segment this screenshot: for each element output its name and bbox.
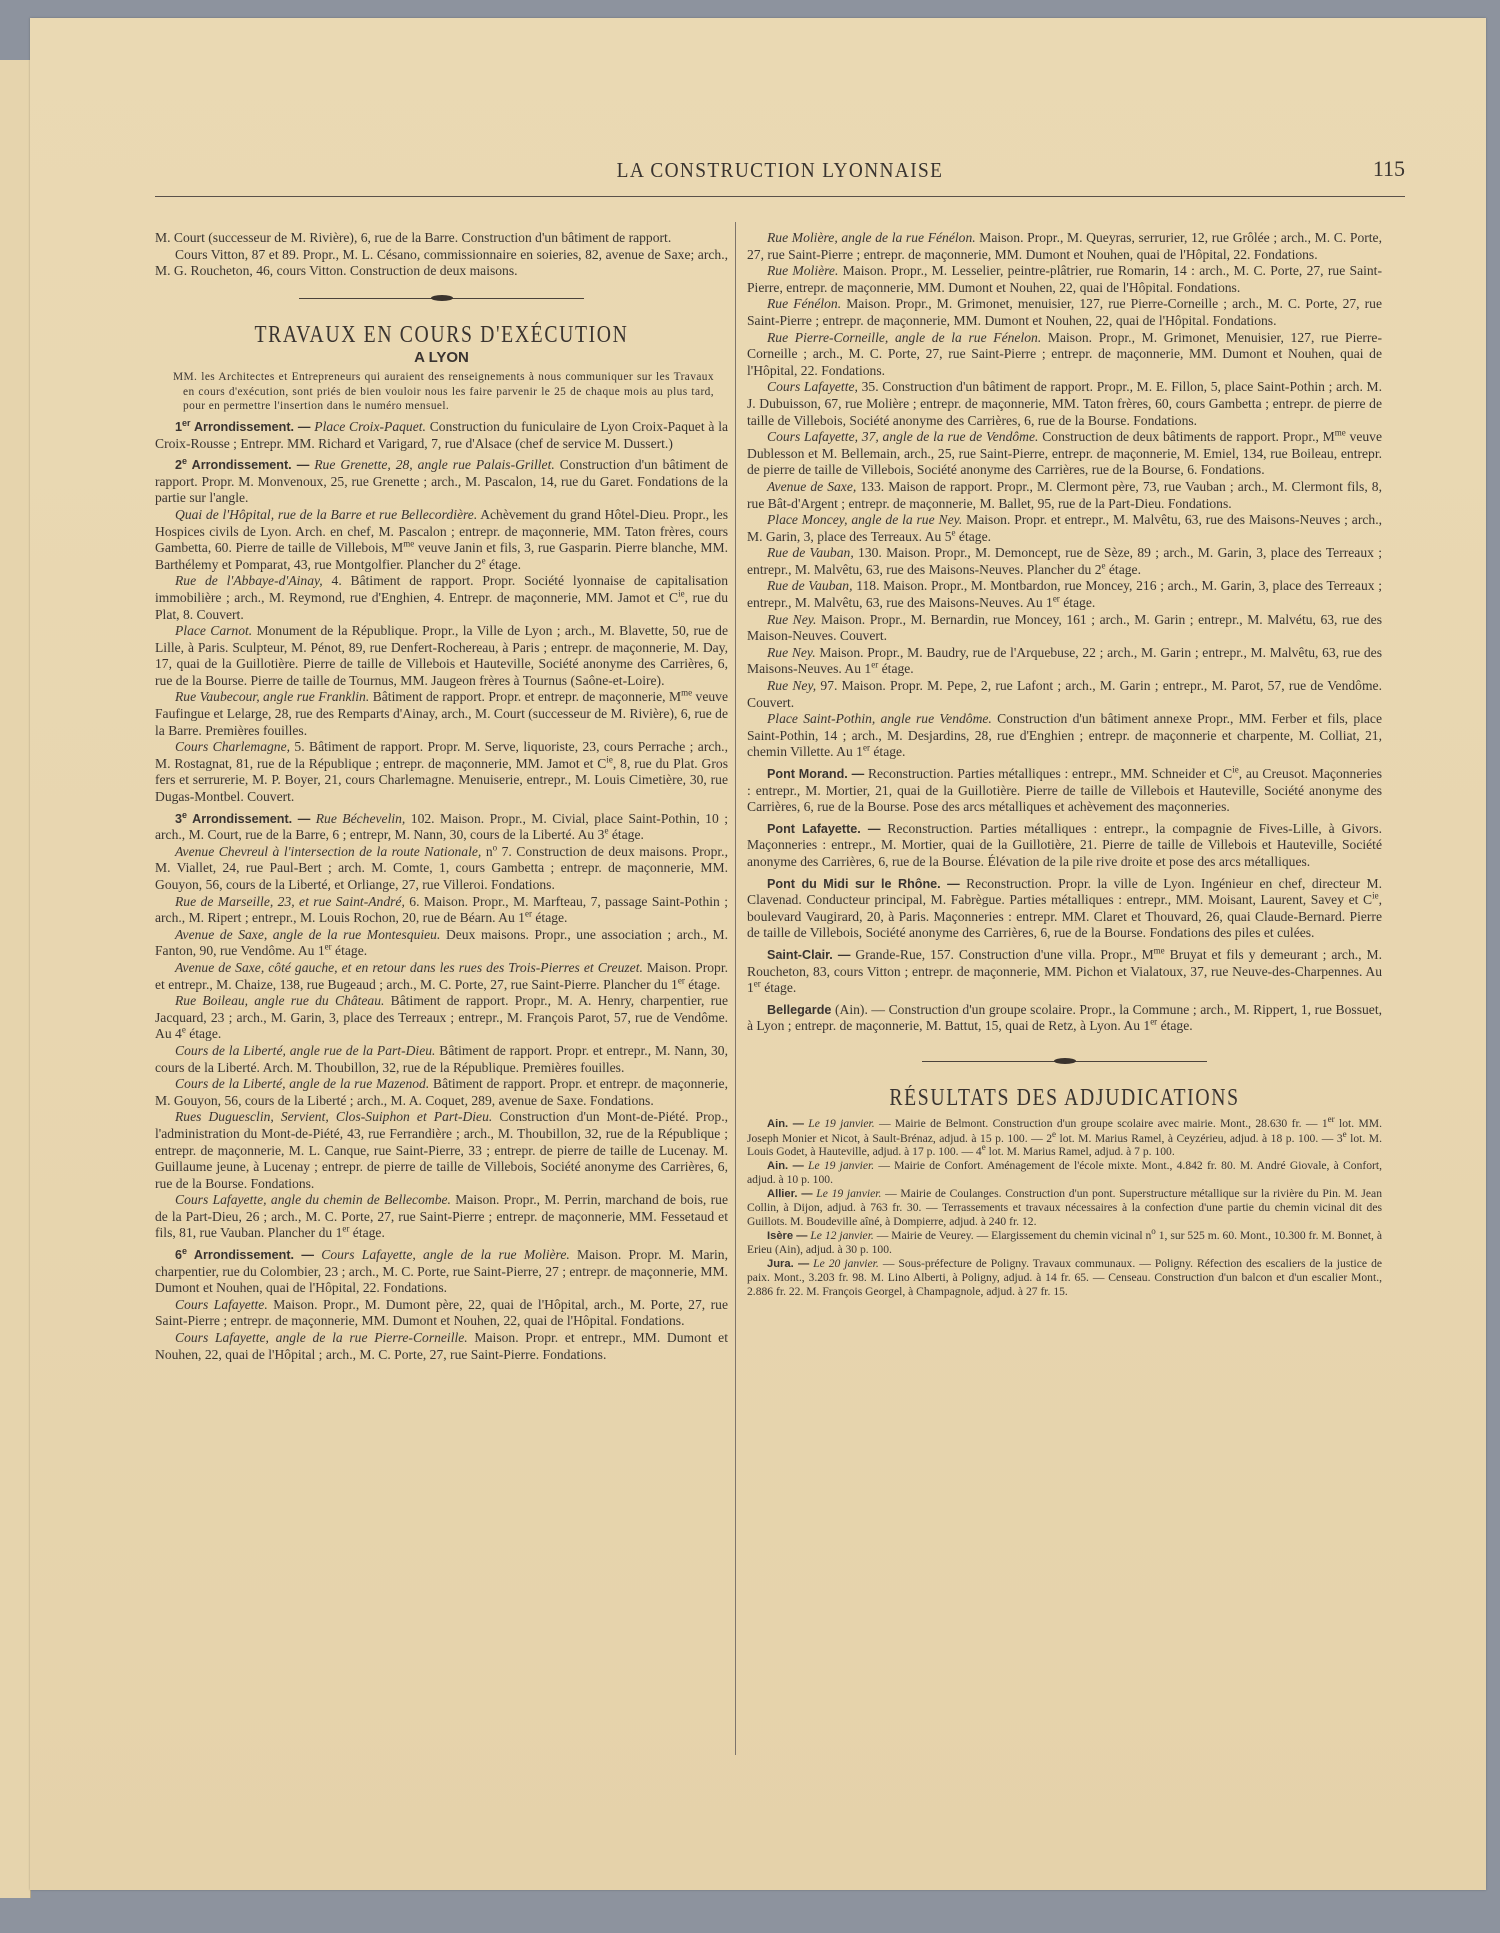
works-entry: Avenue de Saxe, angle de la rue Montesqu… [155,927,728,960]
result-department: Isère — [767,1230,807,1242]
works-list: 1er Arrondissement. — Place Croix-Paquet… [155,419,728,1363]
entry-location: Rues Duguesclin, Servient, Clos-Suiphon … [175,1109,492,1124]
header-rule [155,196,1405,197]
previous-page-edge [0,60,31,1898]
result-department: Allier. — [767,1188,813,1200]
result-date: Le 20 janvier. [813,1257,879,1270]
entry-details: Maison. Propr., M. Bernardin, rue Moncey… [747,612,1382,644]
page-header: LA CONSTRUCTION LYONNAISE 115 [155,138,1405,198]
entry-details: Maison. Propr., M. Baudry, rue de l'Arqu… [747,645,1382,677]
section-ornament-rule [299,294,584,304]
entry-location: Cours Lafayette, angle de la rue Molière… [321,1247,570,1262]
result-department: Ain. — [767,1118,804,1130]
result-date: Le 12 janvier. [810,1229,873,1242]
works-entry: Rue Ney. Maison. Propr., M. Bernardin, r… [747,612,1382,645]
works-entry: Rue Molière, angle de la rue Fénélon. Ma… [747,230,1382,263]
result-date: Le 19 janvier. [808,1117,874,1130]
journal-page: LA CONSTRUCTION LYONNAISE 115 M. Court (… [30,18,1486,1890]
works-entry: Avenue Chevreul à l'intersection de la r… [155,844,728,894]
entry-location: Quai de l'Hôpital, rue de la Barre et ru… [175,507,477,522]
works-entry: Rues Duguesclin, Servient, Clos-Suiphon … [155,1109,728,1192]
entry-heading: Pont du Midi sur le Rhône. — [767,877,960,891]
works-entry: Rue Pierre-Corneille, angle de la rue Fé… [747,330,1382,380]
works-entry: Avenue de Saxe, côté gauche, et en retou… [155,960,728,993]
works-entry: Cours de la Liberté, angle rue de la Par… [155,1043,728,1076]
notice-text: MM. les Architectes et Entrepreneurs qui… [183,370,714,413]
works-entry: Rue Molière. Maison. Propr., M. Lesselie… [747,263,1382,296]
entry-location: Rue Vaubecour, angle rue Franklin. [175,689,369,704]
works-entry: Rue Vaubecour, angle rue Franklin. Bâtim… [155,689,728,739]
entry-location: Cours Lafayette. [175,1297,268,1312]
entry-location: Cours Lafayette, [767,379,858,394]
column-divider [735,222,736,1755]
entry-location: Avenue de Saxe, [767,479,856,494]
entry-location: Cours Lafayette, 37, angle de la rue de … [767,429,1038,444]
entry-location: Place Croix-Paquet. [314,419,426,434]
left-column: M. Court (successeur de M. Rivière), 6, … [155,230,728,1363]
entry-location: Cours de la Liberté, angle rue de la Par… [175,1043,435,1058]
entry-heading: 1er Arrondissement. — [175,420,311,434]
results-list: Ain. — Le 19 janvier. — Mairie de Belmon… [747,1117,1382,1299]
result-date: Le 19 janvier. [816,1187,881,1200]
works-entry: Rue de l'Abbaye-d'Ainay, 4. Bâtiment de … [155,573,728,623]
entry-location: Rue de Vauban, [767,545,854,560]
running-title: LA CONSTRUCTION LYONNAISE [205,158,1355,183]
works-entry: Rue de Marseille, 23, et rue Saint-André… [155,894,728,927]
entry-details: (Ain). — Construction d'un groupe scolai… [747,1002,1382,1034]
entry-location: Place Carnot. [175,623,252,638]
works-entry: Place Saint-Pothin, angle rue Vendôme. C… [747,711,1382,761]
entry-location: Rue de Vauban, [767,578,853,593]
works-entry: Pont Morand. — Reconstruction. Parties m… [747,766,1382,816]
results-title: RÉSULTATS DES ADJUDICATIONS [804,1085,1325,1111]
entry-location: Rue Béchevelin, [316,811,406,826]
entry-location: Rue Ney, [767,678,816,693]
entry-location: Place Moncey, angle de la rue Ney. [767,512,962,527]
works-entry: Cours Lafayette, 35. Construction d'un b… [747,379,1382,429]
works-entry: Bellegarde (Ain). — Construction d'un gr… [747,1002,1382,1035]
entry-location: Avenue Chevreul à l'intersection de la r… [175,844,481,859]
entry-location: Rue Ney. [767,612,816,627]
entry-location: Avenue de Saxe, côté gauche, et en retou… [175,960,643,975]
entry-location: Rue Molière. [767,263,838,278]
entry-location: Place Saint-Pothin, angle rue Vendôme. [767,711,992,726]
works-entry: Cours Lafayette, angle de la rue Pierre-… [155,1330,728,1363]
works-entry: Cours Lafayette, 37, angle de la rue de … [747,429,1382,479]
works-entry: 3e Arrondissement. — Rue Béchevelin, 102… [155,811,728,844]
works-entry: Cours Lafayette, angle du chemin de Bell… [155,1192,728,1242]
entry-details: Maison. Propr., M. Lesselier, peintre-pl… [747,263,1382,295]
works-entry: Rue Boileau, angle rue du Château. Bâtim… [155,993,728,1043]
works-entry: 2e Arrondissement. — Rue Grenette, 28, a… [155,457,728,507]
works-entry: Rue de Vauban, 118. Maison. Propr., M. M… [747,578,1382,611]
works-entry: Pont Lafayette. — Reconstruction. Partie… [747,821,1382,871]
entry-location: Rue Molière, angle de la rue Fénélon. [767,230,976,245]
entry-details: Maison. Propr., M. Grimonet, menuisier, … [747,296,1382,328]
section-ornament-rule [922,1057,1207,1067]
works-entry: 6e Arrondissement. — Cours Lafayette, an… [155,1247,728,1297]
section-title: TRAVAUX EN COURS D'EXÉCUTION [207,322,677,348]
entry-location: Rue Boileau, angle rue du Château. [175,993,384,1008]
page-number: 115 [1373,156,1405,182]
works-list-continued: Rue Molière, angle de la rue Fénélon. Ma… [747,230,1382,1035]
right-column: Rue Molière, angle de la rue Fénélon. Ma… [747,230,1382,1299]
entry-location: Rue Fénélon. [767,296,841,311]
continuation-paragraph: M. Court (successeur de M. Rivière), 6, … [155,230,728,247]
entry-location: Cours de la Liberté, angle de la rue Maz… [175,1076,429,1091]
continuation-paragraph: Cours Vitton, 87 et 89. Propr., M. L. Cé… [155,247,728,280]
works-entry: Rue de Vauban, 130. Maison. Propr., M. D… [747,545,1382,578]
result-department: Jura. — [767,1258,809,1270]
works-entry: Rue Fénélon. Maison. Propr., M. Grimonet… [747,296,1382,329]
entry-heading: 3e Arrondissement. — [175,812,310,826]
works-entry: Quai de l'Hôpital, rue de la Barre et ru… [155,507,728,573]
works-entry: Place Carnot. Monument de la République.… [155,623,728,689]
adjudication-result: Jura. — Le 20 janvier. — Sous-préfecture… [747,1257,1382,1299]
editorial-notice: MM. les Architectes et Entrepreneurs qui… [155,370,728,413]
entry-location: Rue de l'Abbaye-d'Ainay, [175,573,323,588]
result-date: Le 19 janvier. [808,1159,874,1172]
adjudication-result: Ain. — Le 19 janvier. — Mairie de Belmon… [747,1117,1382,1159]
works-entry: Cours de la Liberté, angle de la rue Maz… [155,1076,728,1109]
entry-heading: Bellegarde [767,1003,831,1017]
entry-heading: 2e Arrondissement. — [175,458,309,472]
works-entry: Pont du Midi sur le Rhône. — Reconstruct… [747,876,1382,942]
works-entry: Rue Ney, 97. Maison. Propr. M. Pepe, 2, … [747,678,1382,711]
entry-location: Cours Lafayette, angle du chemin de Bell… [175,1192,451,1207]
entry-location: Rue Grenette, 28, angle rue Palais-Grill… [314,457,555,472]
entry-location: Rue Pierre-Corneille, angle de la rue Fé… [767,330,1041,345]
entry-heading: 6e Arrondissement. — [175,1248,314,1262]
works-entry: Place Moncey, angle de la rue Ney. Maiso… [747,512,1382,545]
section-subtitle: A LYON [155,350,728,367]
works-entry: Saint-Clair. — Grande-Rue, 157. Construc… [747,947,1382,997]
works-entry: Avenue de Saxe, 133. Maison de rapport. … [747,479,1382,512]
works-entry: Rue Ney. Maison. Propr., M. Baudry, rue … [747,645,1382,678]
works-entry: Cours Lafayette. Maison. Propr., M. Dumo… [155,1297,728,1330]
entry-location: Rue Ney. [767,645,816,660]
entry-location: Rue de Marseille, 23, et rue Saint-André… [175,894,405,909]
adjudication-result: Ain. — Le 19 janvier. — Mairie de Confor… [747,1159,1382,1187]
entry-heading: Saint-Clair. — [767,948,850,962]
works-entry: 1er Arrondissement. — Place Croix-Paquet… [155,419,728,452]
works-entry: Cours Charlemagne, 5. Bâtiment de rappor… [155,739,728,805]
result-department: Ain. — [767,1160,804,1172]
entry-location: Cours Charlemagne, [175,739,290,754]
entry-details: 97. Maison. Propr. M. Pepe, 2, rue Lafon… [747,678,1382,710]
adjudication-result: Isère — Le 12 janvier. — Mairie de Veure… [747,1229,1382,1257]
entry-location: Cours Lafayette, angle de la rue Pierre-… [175,1330,468,1345]
adjudication-result: Allier. — Le 19 janvier. — Mairie de Cou… [747,1187,1382,1229]
entry-heading: Pont Morand. — [767,767,864,781]
entry-location: Avenue de Saxe, angle de la rue Montesqu… [175,927,440,942]
entry-heading: Pont Lafayette. — [767,822,880,836]
